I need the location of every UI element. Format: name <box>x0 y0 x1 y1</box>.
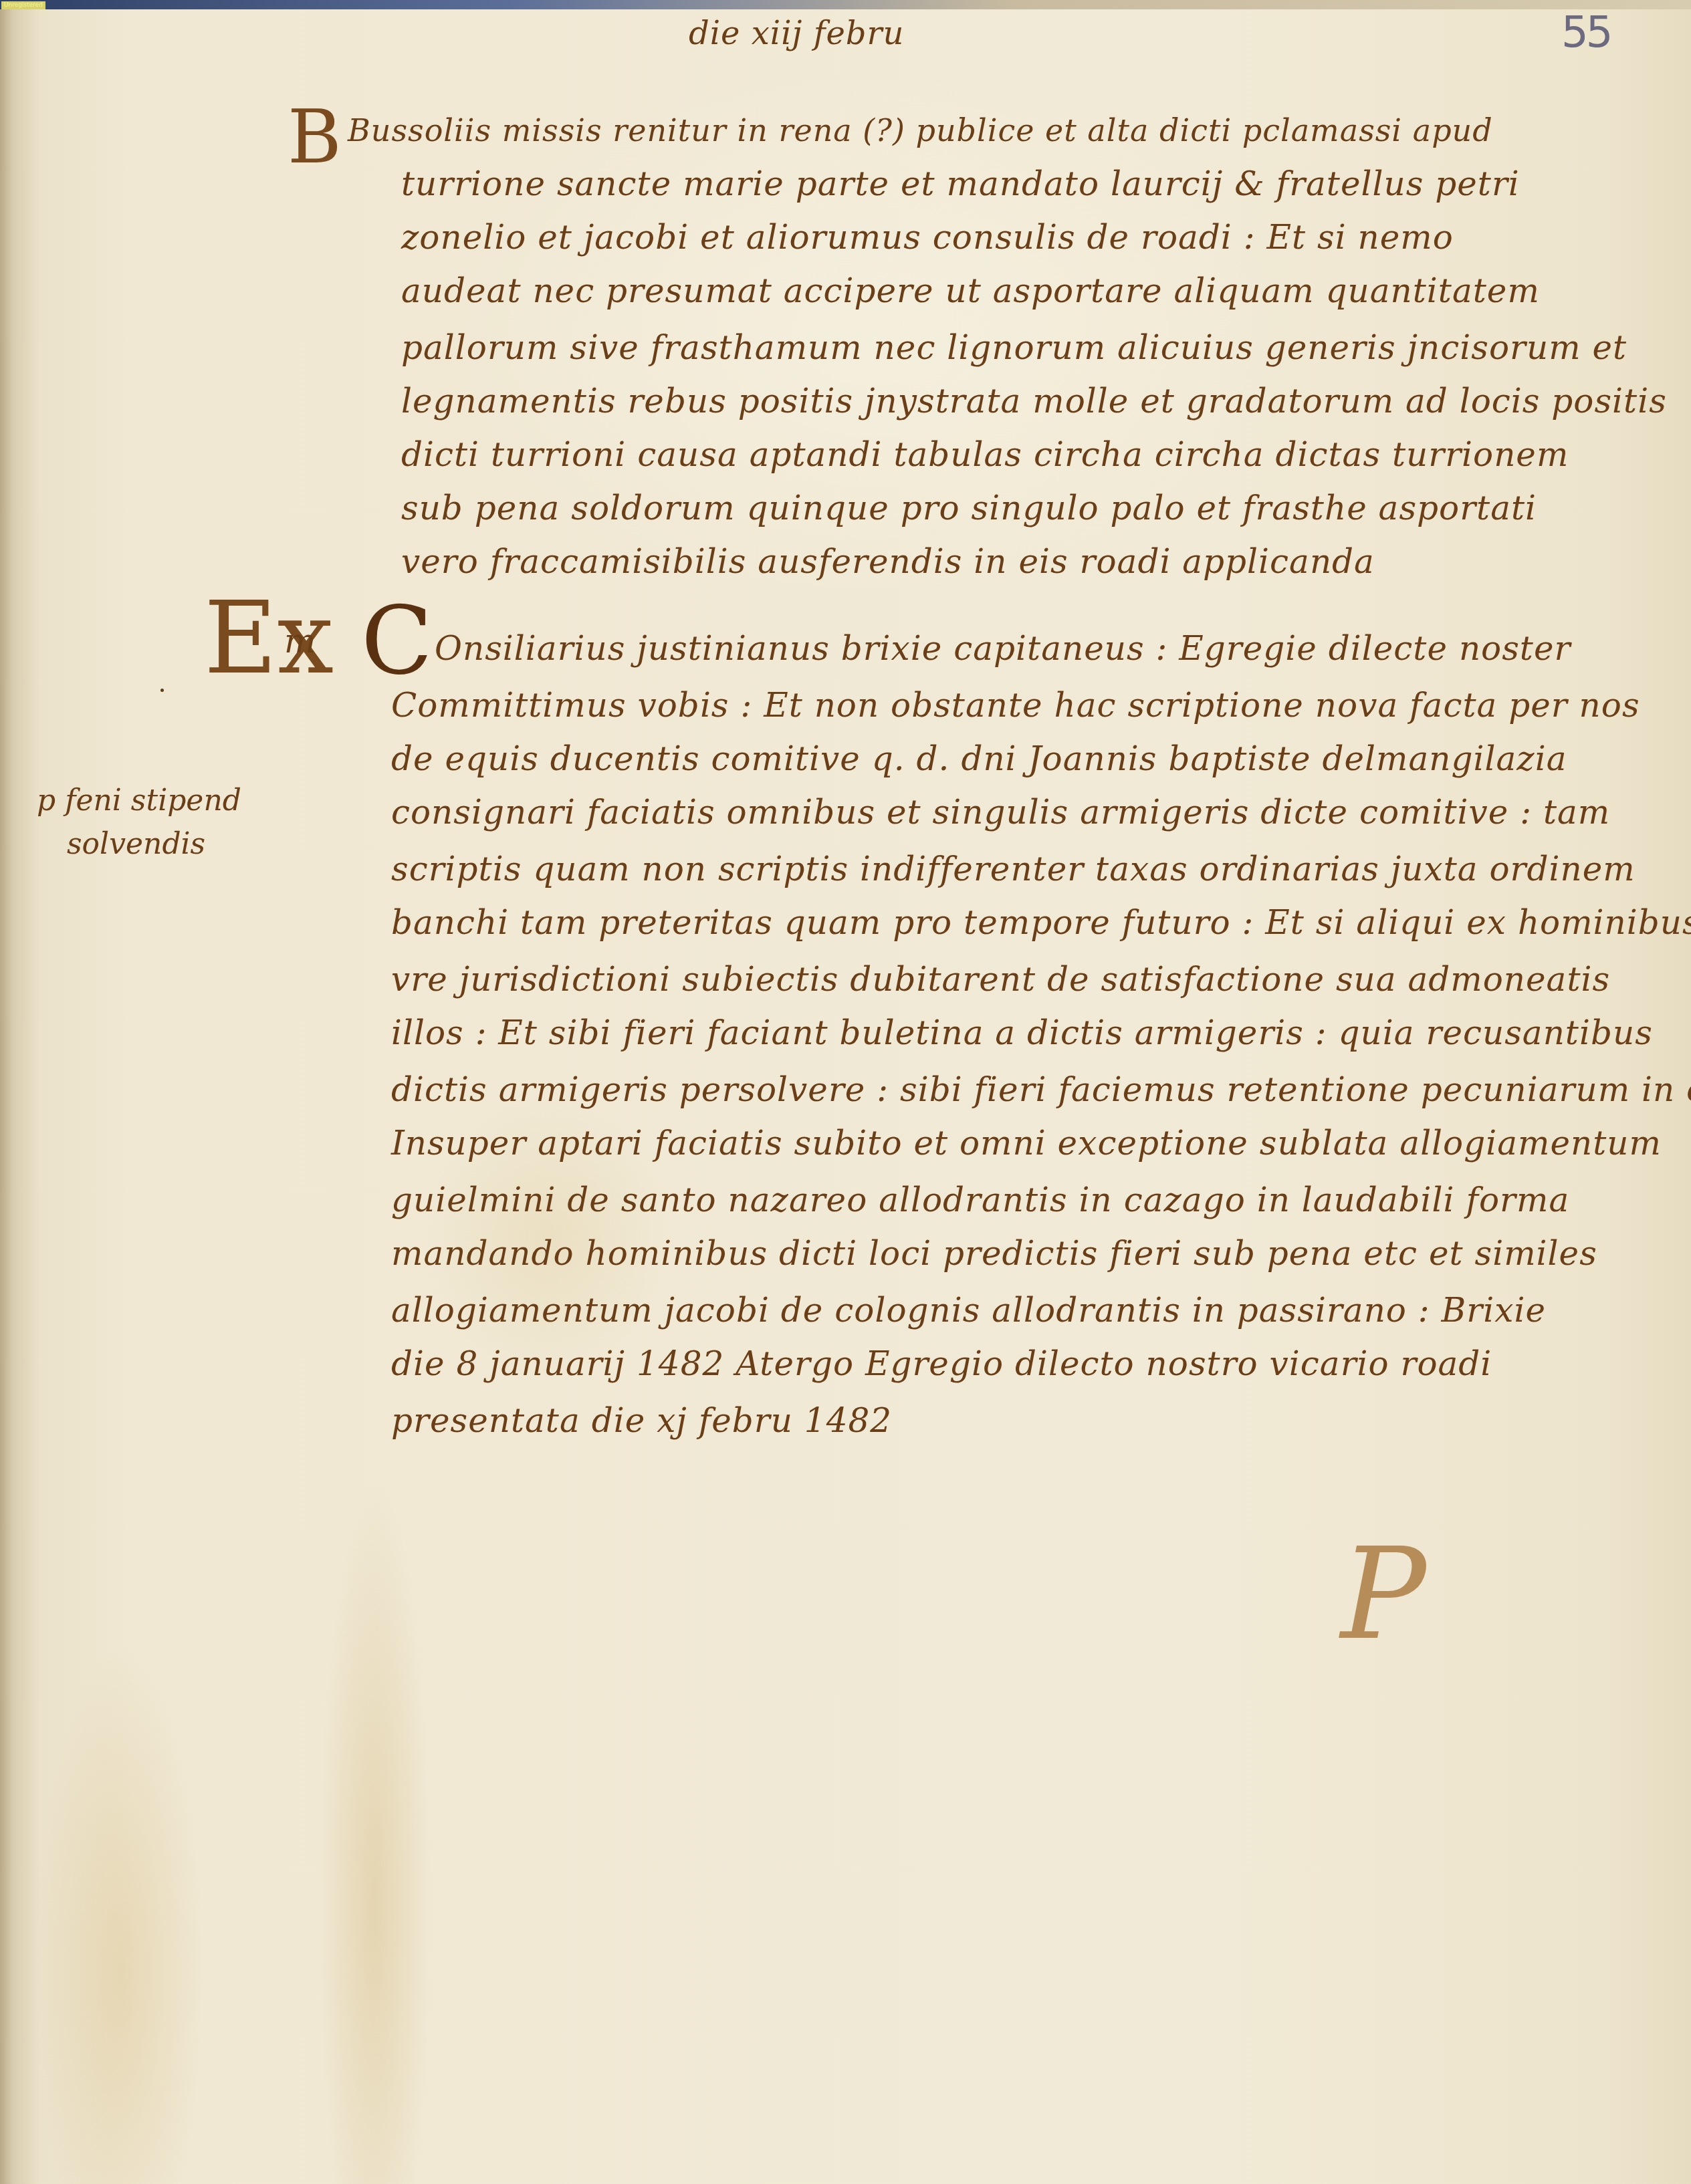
entry-1-line: zonelio et jacobi et aliorumus consulis … <box>401 217 1454 257</box>
decorated-initial: B <box>288 100 342 174</box>
entry-1-line: Bussoliis missis renitur in rena (?) pub… <box>348 110 1493 150</box>
date-heading: die xiij febru <box>689 13 904 53</box>
entry-2-line: die 8 januarij 1482 Atergo Egregio dilec… <box>391 1344 1492 1384</box>
entry-1-line: turrione sancte marie parte et mandato l… <box>401 164 1520 204</box>
entry-1-line: vero fraccamisibilis ausferendis in eis … <box>401 541 1375 582</box>
marginal-initial-superscript: m <box>284 622 316 660</box>
margin-note-line: solvendis <box>67 826 205 863</box>
entry-2-line: vre jurisdictioni subiectis dubitarent d… <box>391 959 1610 999</box>
scan-edge-strip <box>0 0 1691 9</box>
manuscript-page: Unregistered 55 die xiij febru B Bussoli… <box>0 0 1691 2184</box>
entry-2-line: consignari faciatis omnibus et singulis … <box>391 792 1610 832</box>
decorated-initial: C <box>361 595 433 689</box>
entry-1-line: legnamentis rebus positis jnystrata moll… <box>401 381 1667 421</box>
entry-2-line: allogiamentum jacobi de colognis allodra… <box>391 1290 1546 1330</box>
entry-2-line: dictis armigeris persolvere : sibi fieri… <box>391 1070 1691 1110</box>
entry-1-line: audeat nec presumat accipere ut asportar… <box>401 271 1540 311</box>
bottom-p-mark: P <box>1341 1531 1426 1658</box>
entry-2-line: de equis ducentis comitive q. d. dni Joa… <box>391 739 1567 779</box>
entry-2-line: mandando hominibus dicti loci predictis … <box>391 1233 1597 1273</box>
entry-2-line: scriptis quam non scriptis indifferenter… <box>391 849 1636 889</box>
entry-2-line: Onsiliarius justinianus brixie capitaneu… <box>435 628 1571 669</box>
entry-2-line: banchi tam preteritas quam pro tempore f… <box>391 902 1691 943</box>
unregistered-watermark: Unregistered <box>1 1 45 9</box>
entry-2-line: Insuper aptari faciatis subito et omni e… <box>391 1123 1662 1163</box>
entry-2-line: illos : Et sibi fieri faciant buletina a… <box>391 1013 1653 1053</box>
folio-number: 55 <box>1561 8 1610 57</box>
entry-2-line: guielmini de santo nazareo allodrantis i… <box>391 1180 1569 1220</box>
entry-2-line: Committimus vobis : Et non obstante hac … <box>391 685 1640 725</box>
entry-2-line: presentata die xj febru 1482 <box>391 1401 892 1441</box>
entry-1-line: sub pena soldorum quinque pro singulo pa… <box>401 488 1537 528</box>
ink-dot <box>160 689 164 692</box>
margin-note-line: p feni stipend <box>37 782 241 820</box>
entry-1-line: pallorum sive frasthamum nec lignorum al… <box>401 328 1627 368</box>
entry-1-line: dicti turrioni causa aptandi tabulas cir… <box>401 435 1569 475</box>
